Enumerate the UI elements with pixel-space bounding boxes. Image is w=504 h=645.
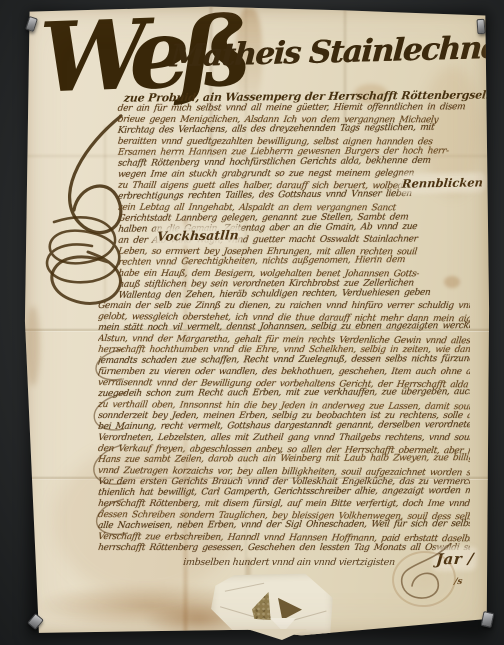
seal-patch-crease xyxy=(225,583,264,592)
manuscript-line: Gemain der selb zue Zinnß zu dienen, zu … xyxy=(98,301,470,312)
manuscript-line: Hans zue sambt Zeilen, darob auch ain We… xyxy=(98,453,470,466)
seal-wax-left xyxy=(252,592,282,620)
manuscript-line: der ain für mich selbst vnnd all meine g… xyxy=(118,102,467,115)
manuscript-line: alle Nachweisen, neben Erben, vnnd der S… xyxy=(98,519,470,532)
seal-wax-right xyxy=(278,594,302,620)
manuscript-line: bei Mainung, recht vermelt, Gottshaus da… xyxy=(98,420,470,433)
accent-word-field-name: Vockhsatlln xyxy=(156,227,239,243)
photo-backdrop: Weß Matheis Stainlechner zue Probuid, ai… xyxy=(0,0,504,645)
manuscript-line: rechten vnnd Gerechtigkheiten, nichts au… xyxy=(118,254,467,268)
body-text-upper: der ain für mich selbst vnnd all meine g… xyxy=(118,102,467,302)
manuscript-line: Kirchtag des Verlachens, alls des dreyze… xyxy=(118,122,467,136)
manuscript-line: erbrechtigungs rechten Tailles, des Gott… xyxy=(118,188,467,202)
manuscript-line: jemandts schaden zue schaffen, Recht vnn… xyxy=(98,354,470,367)
manuscript-line: mein stätt noch vil vermelt, dennst Joha… xyxy=(98,321,470,334)
manuscript-line: zuegedeih schon zum Recht auch Erben, mi… xyxy=(98,387,470,400)
stain-left-edge xyxy=(26,306,40,386)
pin-bottom-right xyxy=(481,611,495,628)
manuscript-line: thienlich hat bewilligt, Carl Gamperth, … xyxy=(98,486,470,499)
heading-name: Matheis Stainlechner xyxy=(169,29,504,74)
manuscript-line: herrschafft Röttenberg, mit disem fürsig… xyxy=(98,499,470,510)
pin-top-right xyxy=(476,19,485,35)
body-text-lower: Gemain der selb zue Zinnß zu dienen, zu … xyxy=(98,301,470,554)
manuscript-line: Wallentag den Zehen, hieräb schuldigen r… xyxy=(118,287,467,301)
manuscript-line: fürnemben zu vieren oder wandlen, des be… xyxy=(98,367,470,378)
manuscript-line: Verordneten, Lebzelsten, alles mit Zuthe… xyxy=(98,433,470,444)
closing-date-line: imbselben hundert vnnd ain vnnd viertzig… xyxy=(143,557,434,568)
seal-wax-fragment xyxy=(252,592,304,622)
accent-word-place-name: Rennblicken xyxy=(401,175,483,190)
parchment-sheet: Weß Matheis Stainlechner zue Probuid, ai… xyxy=(24,6,490,636)
